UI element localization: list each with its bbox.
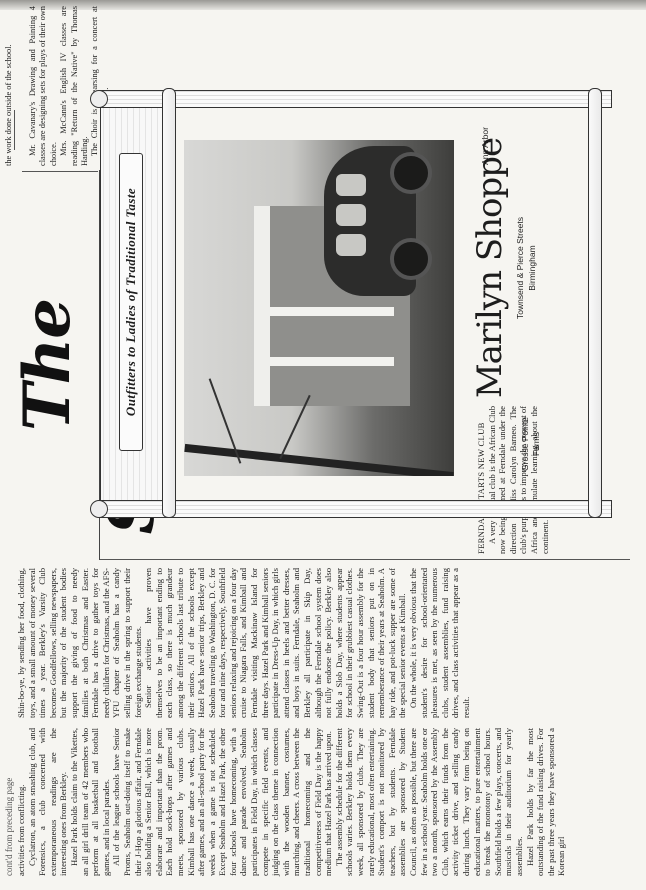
paragraph: Senior activities have proven themselves… [143,568,408,718]
column-divider [22,171,98,172]
paragraph: On the whole, it is very obvious that th… [408,568,472,718]
address-city: Birmingham [526,118,538,418]
column-divider [100,559,630,560]
column [270,357,394,366]
car-window [336,174,366,196]
paragraph: Mrs. McCann's English IV classes are rea… [59,6,90,166]
paragraph: Shin-bo-ye, by sending her food, clothin… [16,568,143,718]
paragraph: activities from conflicting. [16,728,27,876]
article-column-2: Shin-bo-ye, by sending her food, clothin… [16,568,472,718]
post-knob-icon [90,90,108,108]
store-address: Townsend & Pierce Streets Birmingham [514,118,538,418]
rail-bottom [588,88,602,518]
car-wheel [390,238,432,280]
car-window [336,234,366,256]
tree-trunk [184,444,453,476]
newspaper-page: cont'd from preceding page activities fr… [0,0,646,890]
wooden-post-right [100,90,612,108]
article-column-1: activities from conflicting. Cyclatron, … [16,728,567,876]
marilyn-shoppe-advertisement: Outfitters to Ladies of Traditional Tast… [100,90,610,518]
post-knob-icon [90,500,108,518]
paragraph: All of the league schools have Senior Pr… [111,728,333,876]
location-ann-arbor: Ann Arbor [480,126,491,166]
continued-fragment: the work done outside of the school. [4,6,13,166]
car-wheel [390,152,432,194]
masthead: The Spectator [6,170,96,560]
address-street: Townsend & Pierce Streets [514,118,526,418]
paragraph: Hazel Park holds by far the most outstan… [525,728,567,876]
paragraph: Hazel Park holds claim to the Vikettes, … [69,728,111,876]
storefront-photo [184,140,454,476]
column [270,307,394,316]
wooden-post-left [100,500,612,518]
class-notes-column: Mr. Cavanary's Drawing and Painting 4 cl… [28,6,111,166]
paragraph: Mr. Cavanary's Drawing and Painting 4 cl… [28,6,59,166]
paragraph: The assembly schedule for the different … [334,728,525,876]
wooden-sign-board: Outfitters to Ladies of Traditional Tast… [100,104,164,502]
location-grosse-pointe: Grosse Pointe Farms [520,414,542,474]
paragraph: Cyclatron, an atom smashing club, and Fo… [27,728,69,876]
rail-top [162,88,176,518]
continued-note: cont'd from preceding page [4,778,14,876]
divider [14,110,15,150]
ad-banner: Outfitters to Ladies of Traditional Tast… [119,153,143,451]
car-window [336,204,366,226]
